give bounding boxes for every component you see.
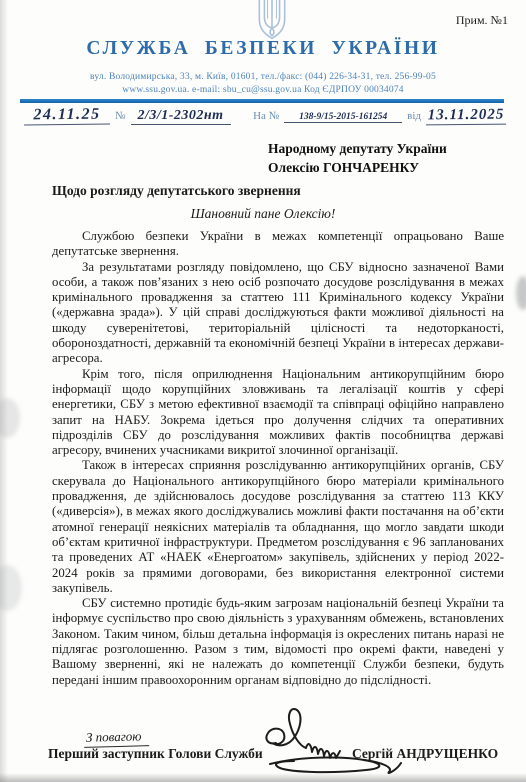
signer-position: Перший заступник Голови Служби bbox=[48, 746, 263, 762]
scan-smudge bbox=[0, 565, 22, 611]
letter-body: Службою безпеки України в межах компетен… bbox=[52, 229, 504, 688]
org-address-line1: вул. Володимирська, 33, м. Київ, 01601, … bbox=[0, 71, 526, 84]
valediction: З повагою bbox=[84, 728, 150, 748]
letterhead-divider-rule bbox=[20, 99, 504, 103]
handwritten-signature-icon bbox=[256, 702, 406, 782]
org-title: СЛУЖБА БЕЗПЕКИ УКРАЇНИ bbox=[0, 38, 526, 60]
org-address-line2: www.ssu.gov.ua. e-mail: sbu_cu@ssu.gov.u… bbox=[0, 84, 526, 97]
incoming-date-label: від bbox=[407, 110, 421, 122]
copy-number: Прим. №1 bbox=[456, 13, 508, 28]
signer-name: Сергій АНДРУЩЕНКО bbox=[352, 746, 498, 762]
body-paragraph: За результатами розгляду повідомлено, що… bbox=[52, 260, 504, 367]
recipient-line2: Олексію ГОНЧАРЕНКУ bbox=[268, 158, 447, 177]
incoming-number-handwritten: 138-9/15-2015-161254 bbox=[284, 112, 402, 123]
body-paragraph: Крім того, після оприлюднення Національн… bbox=[52, 367, 504, 459]
body-paragraph: Також в інтересах сприяння розслідуванню… bbox=[52, 458, 504, 596]
incoming-number-label: На № bbox=[253, 110, 279, 122]
body-paragraph: СБУ системно протидіє будь-яким загрозам… bbox=[52, 596, 504, 688]
scan-smudge bbox=[516, 276, 526, 310]
scan-smudge bbox=[0, 398, 20, 438]
incoming-date-handwritten: 13.11.2025 bbox=[426, 107, 506, 126]
scanned-letter-page: Прим. №1 СЛУЖБА БЕЗПЕКИ УКРАЇНИ вул. Вол… bbox=[0, 0, 526, 782]
scan-edge-shadow-left bbox=[0, 0, 8, 782]
body-paragraph: Службою безпеки України в межах компетен… bbox=[52, 229, 504, 260]
outgoing-number-handwritten: 2/3/1-2302нт bbox=[131, 108, 231, 125]
outgoing-number-label: № bbox=[115, 110, 126, 122]
org-address: вул. Володимирська, 33, м. Київ, 01601, … bbox=[0, 71, 526, 96]
recipient-line1: Народному депутату України bbox=[268, 139, 447, 158]
salutation: Шановний пане Олексію! bbox=[0, 206, 526, 222]
outgoing-date-handwritten: 24.11.25 bbox=[24, 106, 110, 126]
reference-row: 24.11.25 № 2/3/1-2302нт На № 138-9/15-20… bbox=[24, 106, 506, 125]
recipient-block: Народному депутату України Олексію ГОНЧА… bbox=[268, 139, 447, 177]
subject-line: Щодо розгляду депутатського звернення bbox=[52, 183, 301, 199]
